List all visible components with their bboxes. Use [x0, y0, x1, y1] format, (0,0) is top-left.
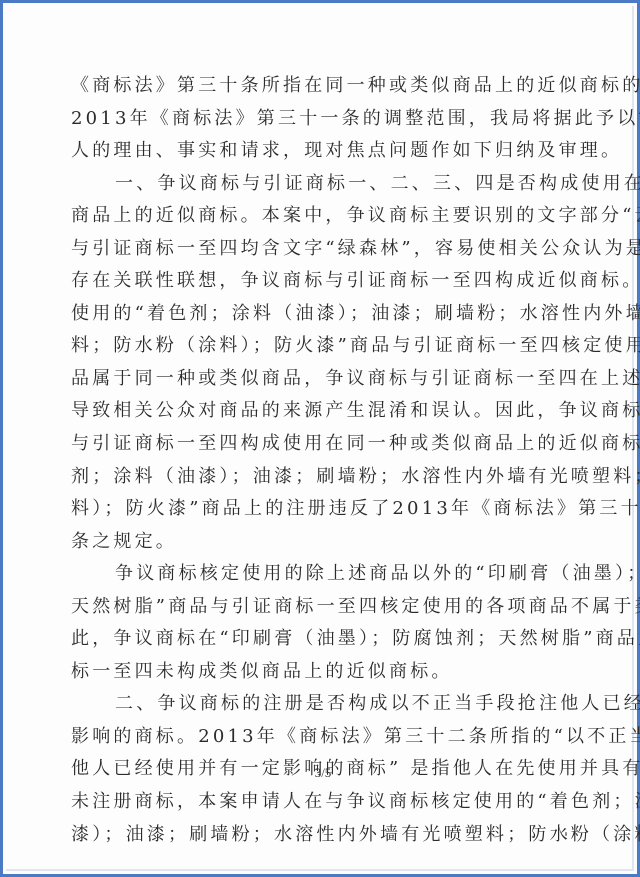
- text-line: 导致相关公众对商品的来源产生混淆和误认。因此，争议商标在上述商品上: [71, 395, 553, 428]
- section-heading-line: 二、争议商标的注册是否构成以不正当手段抢注他人已经使用并有一定: [71, 688, 553, 721]
- text-line: 影响的商标。2013年《商标法》第三十二条所指的“以不正当手段抢先注册: [71, 721, 553, 754]
- page-number: 3/5: [3, 765, 640, 781]
- text-line: 品属于同一种或类似商品，争议商标与引证商标一至四在上述商品上共存易: [71, 363, 553, 396]
- text-line: 存在关联性联想，争议商标与引证商标一至四构成近似商标。争议商标核定: [71, 265, 553, 298]
- text-line: 未注册商标，本案申请人在与争议商标核定使用的“着色剂；涂料（油: [71, 786, 553, 819]
- scan-speck: [314, 806, 316, 808]
- text-line: 2013年《商标法》第三十一条的调整范围，我局将据此予以审理。根据申请: [71, 103, 553, 136]
- text-line: 《商标法》第三十条所指在同一种或类似商品上的近似商标的主张应属于: [71, 70, 553, 103]
- text-line: 与引证商标一至四均含文字“绿森林”，容易使相关公众认为是系列商标或: [71, 233, 553, 266]
- text-line: 料；防水粉（涂料）；防火漆”商品与引证商标一至四核定使用的颜料等商: [71, 330, 553, 363]
- text-line: 此，争议商标在“印刷膏（油墨）；防腐蚀剂；天然树脂”商品上与引证商: [71, 623, 553, 656]
- document-frame: 《商标法》第三十条所指在同一种或类似商品上的近似商标的主张应属于 2013年《商…: [0, 0, 640, 877]
- text-line: 条之规定。: [71, 526, 553, 559]
- text-line: 漆）；油漆；刷墙粉；水溶性内外墙有光喷塑料；防水粉（涂料）；防火: [71, 819, 553, 852]
- document-body: 《商标法》第三十条所指在同一种或类似商品上的近似商标的主张应属于 2013年《商…: [71, 70, 553, 851]
- text-line: 剂；涂料（油漆）；油漆；刷墙粉；水溶性内外墙有光喷塑料；防水粉（涂: [71, 461, 553, 494]
- text-line: 使用的“着色剂；涂料（油漆）；油漆；刷墙粉；水溶性内外墙有光喷塑: [71, 298, 553, 331]
- text-line: 料）；防火漆”商品上的注册违反了2013年《商标法》第三十条、第三十一: [71, 493, 553, 526]
- text-line: 标一至四未构成类似商品上的近似商标。: [71, 656, 553, 689]
- paragraph-start-line: 争议商标核定使用的除上述商品以外的“印刷膏（油墨）；防腐蚀剂；: [71, 558, 553, 591]
- text-line: 与引证商标一至四构成使用在同一种或类似商品上的近似商标，其在“着色: [71, 428, 553, 461]
- scan-speck: [565, 832, 567, 836]
- section-heading-line: 一、争议商标与引证商标一、二、三、四是否构成使用在同一种或类似: [71, 168, 553, 201]
- text-line: 商品上的近似商标。本案中，争议商标主要识别的文字部分“云峰绿森林”: [71, 200, 553, 233]
- text-line: 人的理由、事实和请求，现对焦点问题作如下归纳及审理。: [71, 135, 553, 168]
- text-line: 天然树脂”商品与引证商标一至四核定使用的各项商品不属于类似商品。因: [71, 591, 553, 624]
